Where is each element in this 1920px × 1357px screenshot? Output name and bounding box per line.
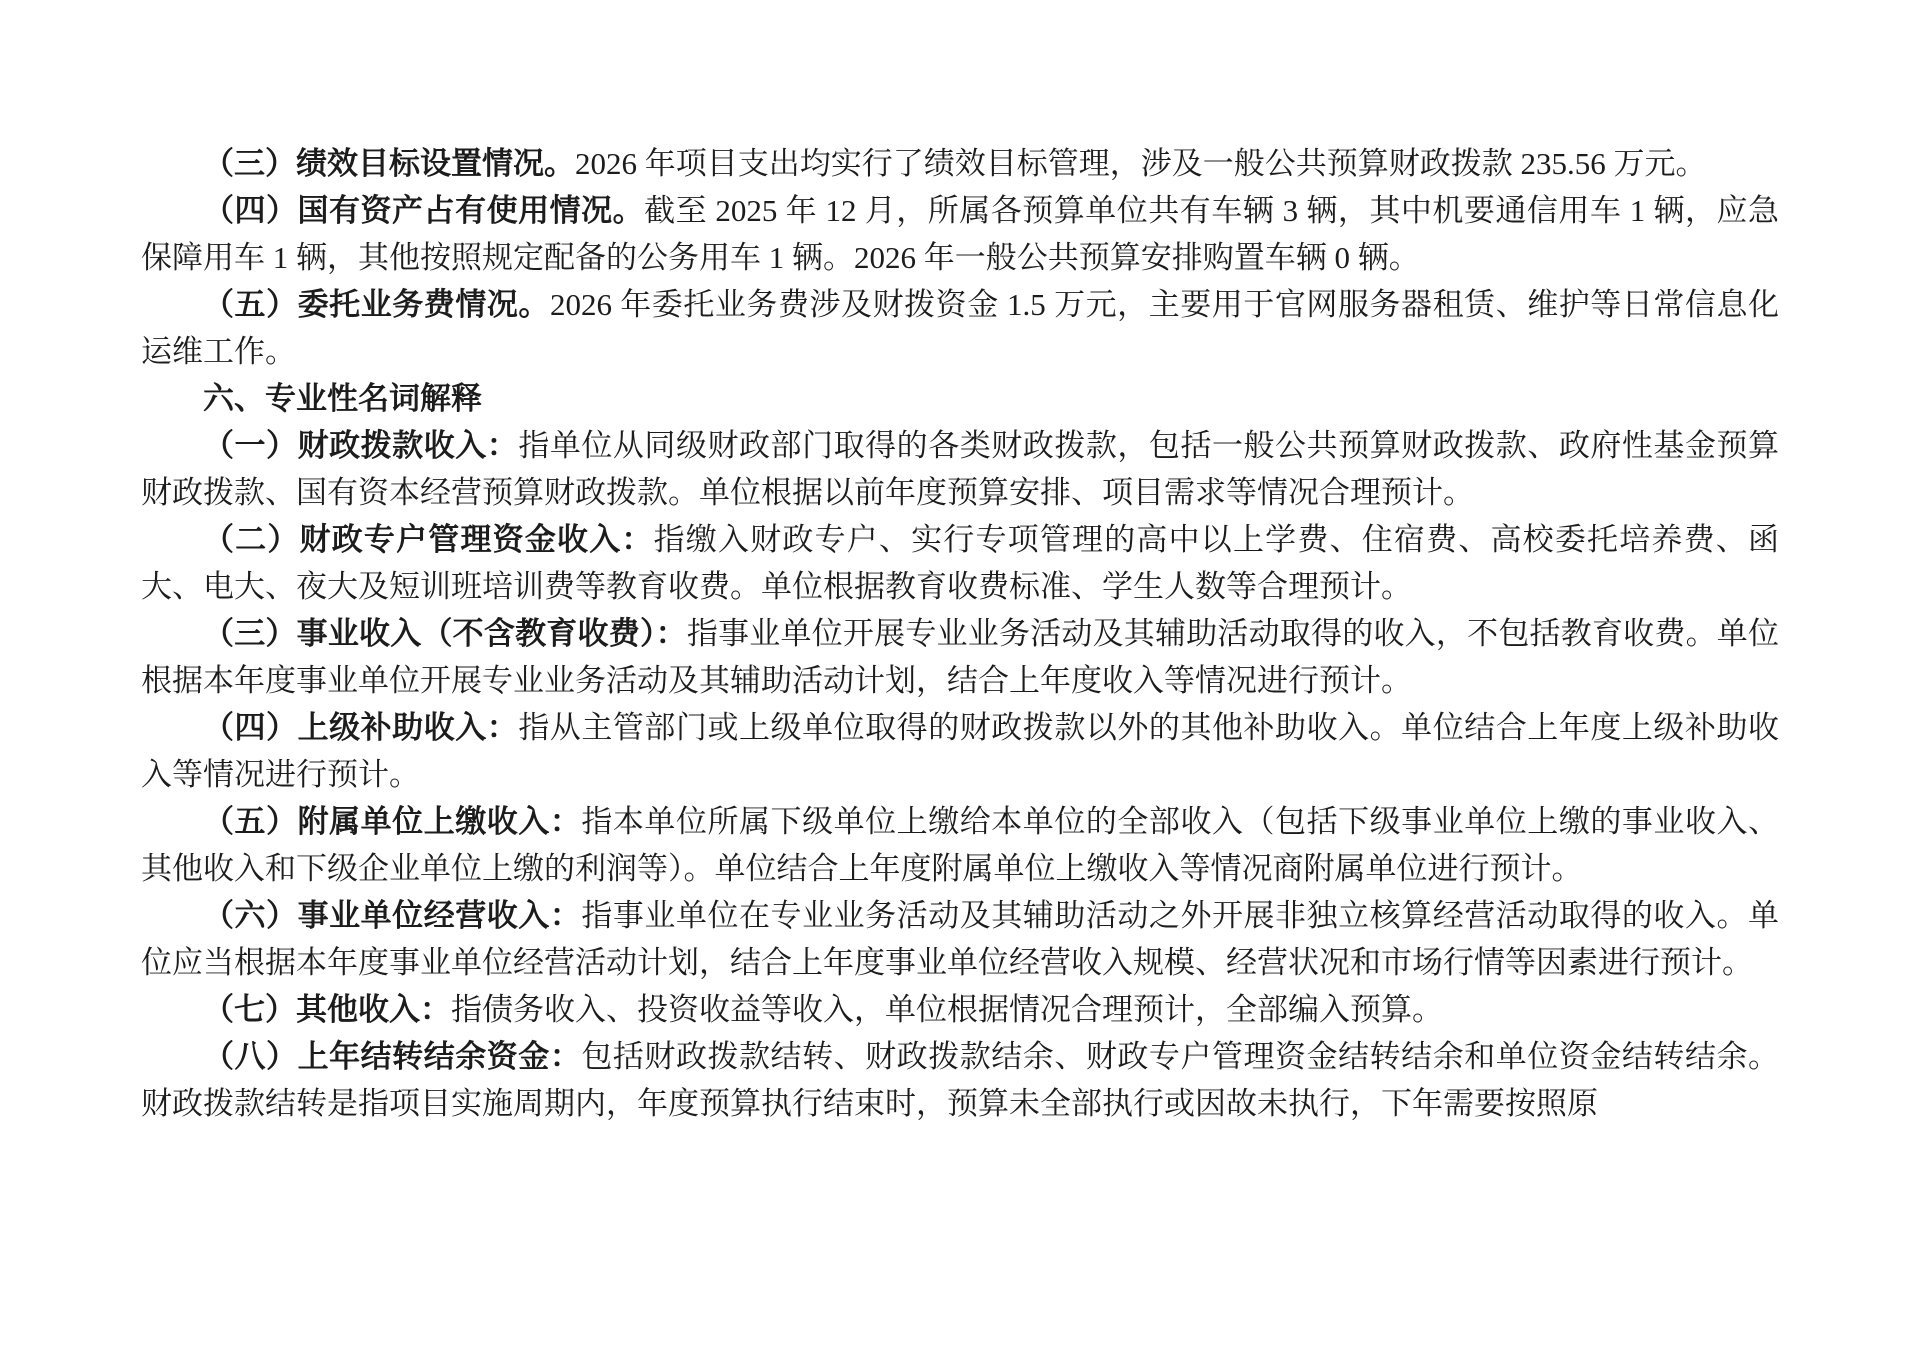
paragraph-lead: （五）委托业务费情况。 [203,287,550,322]
document-page: （三）绩效目标设置情况。2026 年项目支出均实行了绩效目标管理，涉及一般公共预… [0,0,1920,1357]
paragraph: （五）委托业务费情况。2026 年委托业务费涉及财拨资金 1.5 万元，主要用于… [141,281,1779,375]
paragraph: （三）绩效目标设置情况。2026 年项目支出均实行了绩效目标管理，涉及一般公共预… [141,140,1779,187]
paragraph: （六）事业单位经营收入：指事业单位在专业业务活动及其辅助活动之外开展非独立核算经… [141,892,1779,986]
paragraph: （五）附属单位上缴收入：指本单位所属下级单位上缴给本单位的全部收入（包括下级事业… [141,798,1779,892]
paragraph-body: 指债务收入、投资收益等收入，单位根据情况合理预计，全部编入预算。 [451,992,1443,1027]
paragraph-lead: （四）国有资产占有使用情况。 [203,193,644,228]
paragraph-lead: （二）财政专户管理资金收入： [203,522,654,557]
paragraph: （二）财政专户管理资金收入：指缴入财政专户、实行专项管理的高中以上学费、住宿费、… [141,516,1779,610]
paragraph: （四）国有资产占有使用情况。截至 2025 年 12 月，所属各预算单位共有车辆… [141,187,1779,281]
paragraph: （四）上级补助收入：指从主管部门或上级单位取得的财政拨款以外的其他补助收入。单位… [141,704,1779,798]
section-heading: 六、专业性名词解释 [141,375,1779,422]
paragraph-lead: （一）财政拨款收入： [203,428,518,463]
section-heading-text: 六、专业性名词解释 [203,381,482,416]
paragraph: （七）其他收入：指债务收入、投资收益等收入，单位根据情况合理预计，全部编入预算。 [141,986,1779,1033]
paragraph: （三）事业收入（不含教育收费）：指事业单位开展专业业务活动及其辅助活动取得的收入… [141,610,1779,704]
paragraph-lead: （六）事业单位经营收入： [203,898,581,933]
paragraph-lead: （八）上年结转结余资金： [203,1039,581,1074]
paragraph: （一）财政拨款收入：指单位从同级财政部门取得的各类财政拨款，包括一般公共预算财政… [141,422,1779,516]
paragraph-lead: （四）上级补助收入： [203,710,518,745]
paragraph-lead: （三）绩效目标设置情况。 [203,146,575,181]
paragraph: （八）上年结转结余资金：包括财政拨款结转、财政拨款结余、财政专户管理资金结转结余… [141,1033,1779,1127]
paragraph-lead: （七）其他收入： [203,992,451,1027]
paragraph-lead: （三）事业收入（不含教育收费）： [203,616,687,651]
paragraph-body: 2026 年项目支出均实行了绩效目标管理，涉及一般公共预算财政拨款 235.56… [575,146,1707,181]
paragraph-lead: （五）附属单位上缴收入： [203,804,581,839]
